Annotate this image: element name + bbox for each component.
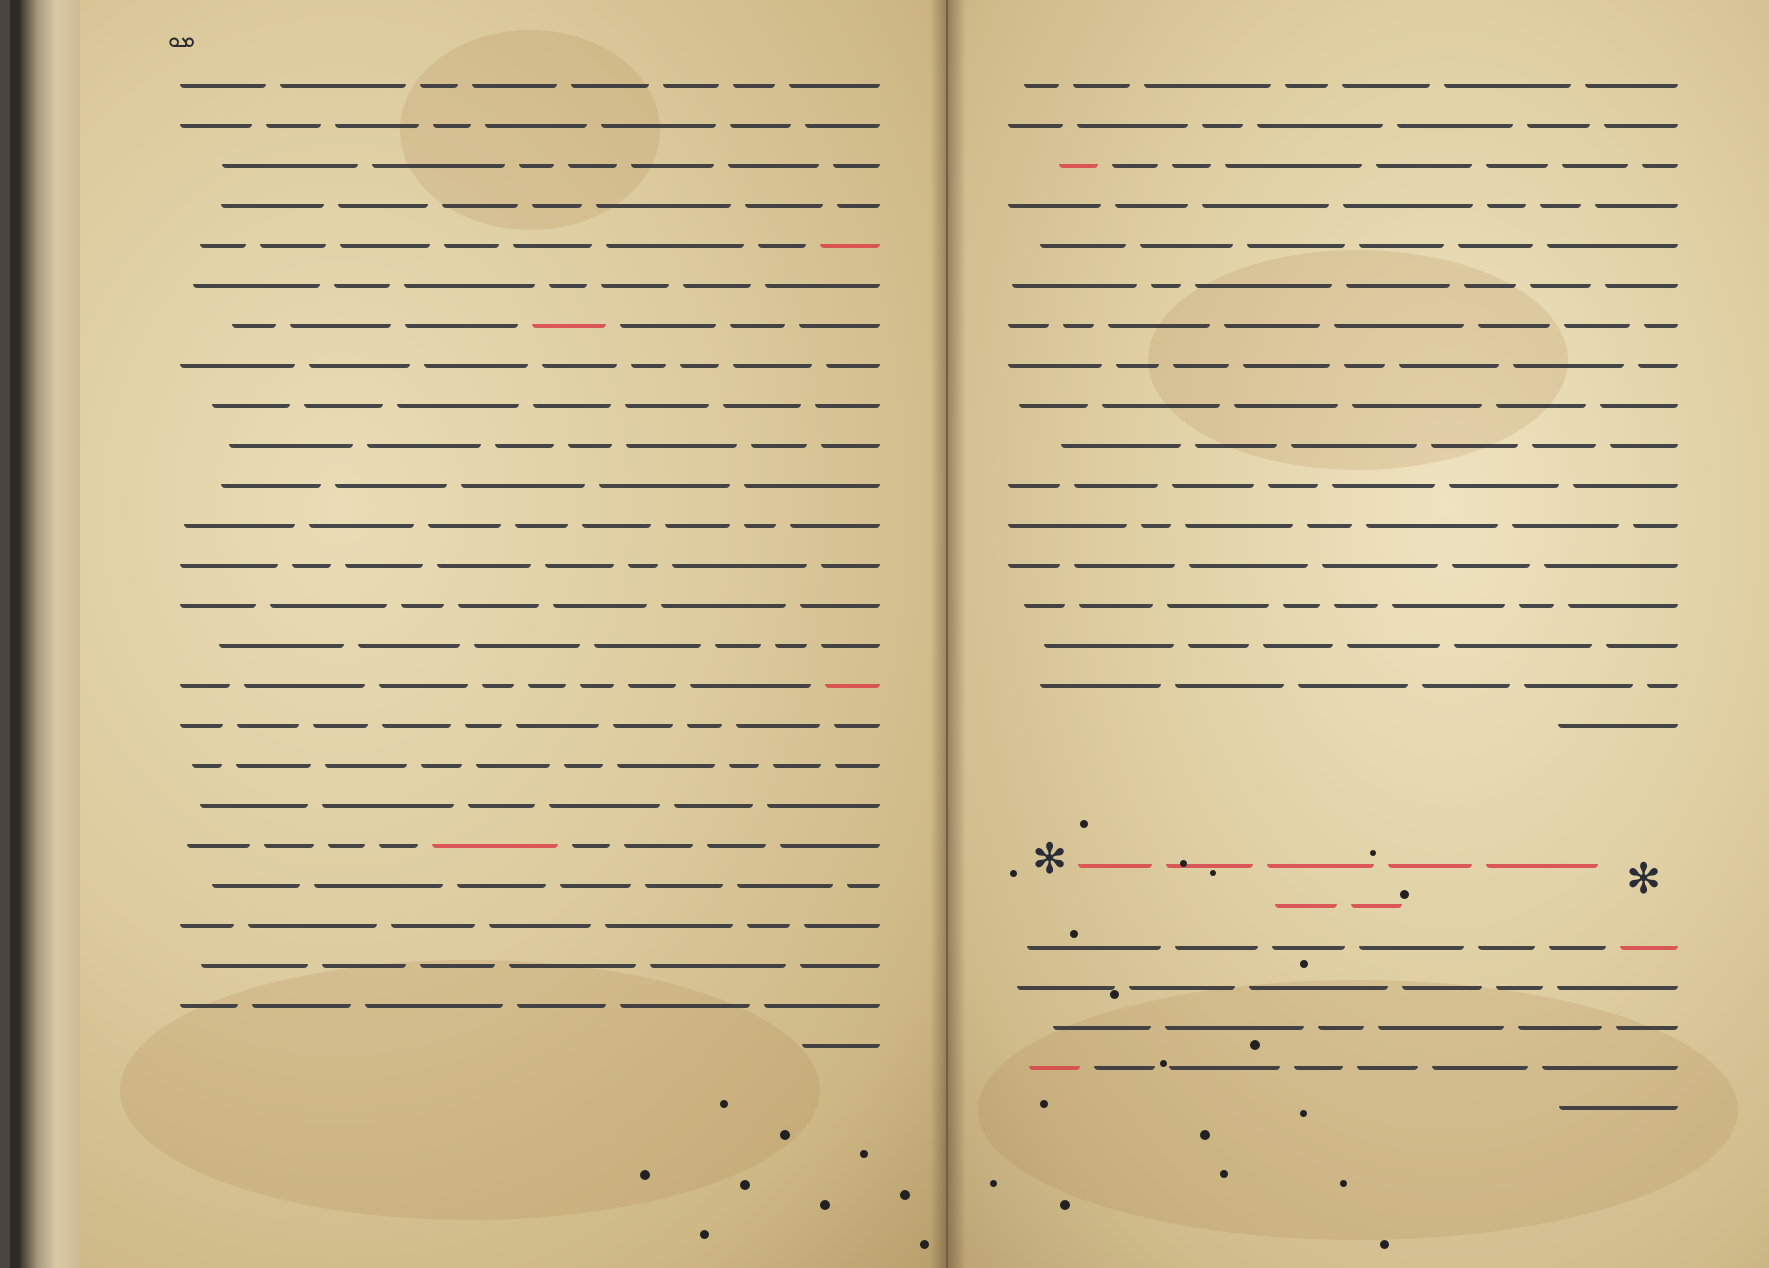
syriac-word — [1547, 228, 1678, 248]
syriac-word — [1185, 508, 1293, 528]
syriac-word — [799, 308, 880, 328]
syriac-word — [715, 628, 761, 648]
text-line — [988, 458, 1678, 498]
syriac-word — [340, 228, 430, 248]
worm-hole — [1370, 850, 1376, 856]
rubric-word — [1351, 888, 1402, 908]
syriac-word — [461, 468, 585, 488]
syriac-word — [751, 428, 807, 448]
syriac-word — [232, 308, 276, 328]
syriac-word — [513, 228, 592, 248]
syriac-word — [650, 948, 786, 968]
text-line — [988, 338, 1678, 378]
syriac-word — [545, 548, 614, 568]
right-text-block-top — [988, 58, 1678, 738]
syriac-word — [313, 708, 368, 728]
syriac-word — [730, 108, 791, 128]
rubric-word — [1166, 848, 1253, 868]
syriac-word — [1024, 68, 1059, 88]
syriac-word — [1322, 548, 1438, 568]
syriac-word — [1344, 348, 1385, 368]
syriac-word — [730, 308, 785, 328]
syriac-word — [219, 628, 344, 648]
syriac-word — [1024, 588, 1065, 608]
syriac-word — [599, 468, 730, 488]
syriac-word — [631, 148, 714, 168]
text-line — [160, 138, 880, 178]
worm-hole — [920, 1240, 929, 1249]
text-line — [160, 658, 880, 698]
syriac-word — [1562, 148, 1628, 168]
syriac-word — [1454, 628, 1592, 648]
syriac-word — [1063, 308, 1094, 328]
syriac-word — [421, 748, 462, 768]
syriac-word — [1524, 668, 1633, 688]
syriac-word — [833, 148, 880, 168]
syriac-word — [391, 908, 475, 928]
syriac-word — [1452, 548, 1530, 568]
syriac-word — [1188, 628, 1249, 648]
text-line — [160, 818, 880, 858]
worm-hole — [1340, 1180, 1347, 1187]
syriac-word — [1094, 1050, 1155, 1070]
syriac-word — [532, 188, 582, 208]
syriac-word — [1044, 628, 1174, 648]
text-line — [988, 258, 1678, 298]
syriac-word — [193, 268, 320, 288]
text-line — [160, 378, 880, 418]
syriac-word — [1540, 188, 1581, 208]
section-heading-rubric — [1078, 838, 1598, 918]
syriac-word — [1115, 188, 1188, 208]
worm-hole — [740, 1180, 750, 1190]
syriac-word — [737, 868, 833, 888]
syriac-word — [1432, 1050, 1528, 1070]
syriac-word — [519, 148, 554, 168]
syriac-word — [322, 788, 454, 808]
syriac-word — [1647, 668, 1678, 688]
syriac-word — [663, 68, 719, 88]
syriac-word — [1542, 1050, 1678, 1070]
syriac-word — [645, 868, 723, 888]
syriac-word — [680, 348, 719, 368]
text-line — [160, 258, 880, 298]
syriac-word — [187, 828, 250, 848]
syriac-word — [560, 868, 631, 888]
text-line — [160, 298, 880, 338]
syriac-word — [489, 908, 591, 928]
text-line — [988, 138, 1678, 178]
syriac-word — [180, 988, 238, 1008]
syriac-word — [582, 508, 651, 528]
syriac-word — [1620, 930, 1678, 950]
worm-hole — [900, 1190, 910, 1200]
syriac-word — [1151, 268, 1181, 288]
rubric-word — [1267, 848, 1374, 868]
syriac-word — [180, 668, 230, 688]
syriac-word — [620, 308, 716, 328]
syriac-word — [820, 228, 880, 248]
text-line — [988, 378, 1678, 418]
syriac-word — [617, 748, 715, 768]
syriac-word — [1606, 628, 1678, 648]
right-page: ✻ ✻ — [948, 0, 1769, 1268]
rubric-word — [1486, 848, 1598, 868]
syriac-word — [424, 348, 528, 368]
syriac-word — [1285, 68, 1328, 88]
syriac-word — [1175, 668, 1284, 688]
syriac-word — [601, 268, 669, 288]
syriac-word — [1129, 970, 1235, 990]
syriac-word — [457, 868, 546, 888]
syriac-word — [1140, 228, 1233, 248]
text-line — [988, 58, 1678, 98]
syriac-word — [236, 748, 311, 768]
syriac-word — [372, 148, 505, 168]
syriac-word — [613, 708, 673, 728]
syriac-word — [1496, 970, 1543, 990]
syriac-word — [1195, 428, 1277, 448]
syriac-word — [1366, 508, 1498, 528]
text-line — [988, 1080, 1678, 1120]
syriac-word — [200, 228, 246, 248]
syriac-word — [180, 588, 256, 608]
syriac-word — [1169, 1050, 1280, 1070]
worm-hole — [1400, 890, 1409, 899]
syriac-word — [690, 668, 811, 688]
syriac-word — [1008, 188, 1101, 208]
syriac-word — [1173, 348, 1229, 368]
worm-hole — [990, 1180, 997, 1187]
syriac-word — [1077, 108, 1188, 128]
syriac-word — [458, 588, 539, 608]
syriac-word — [687, 708, 722, 728]
syriac-word — [221, 188, 324, 208]
syriac-word — [1144, 68, 1271, 88]
syriac-word — [1061, 428, 1181, 448]
syriac-word — [260, 228, 326, 248]
syriac-word — [1487, 188, 1526, 208]
syriac-word — [1392, 588, 1505, 608]
worm-hole — [1380, 1240, 1389, 1249]
syriac-word — [533, 388, 611, 408]
syriac-word — [264, 828, 314, 848]
syriac-word — [744, 468, 880, 488]
syriac-word — [564, 748, 603, 768]
text-line — [988, 618, 1678, 658]
text-line — [160, 978, 880, 1018]
syriac-word — [1519, 588, 1554, 608]
syriac-word — [1334, 308, 1464, 328]
syriac-word — [1141, 508, 1171, 528]
syriac-word — [1573, 468, 1678, 488]
syriac-word — [631, 348, 666, 368]
syriac-word — [834, 708, 880, 728]
syriac-word — [1559, 1090, 1678, 1110]
worm-hole — [1200, 1130, 1210, 1140]
syriac-word — [1298, 668, 1408, 688]
syriac-word — [1074, 548, 1175, 568]
syriac-word — [509, 948, 636, 968]
syriac-word — [1189, 548, 1308, 568]
syriac-word — [1029, 1050, 1080, 1070]
syriac-word — [405, 308, 518, 328]
syriac-word — [1359, 930, 1464, 950]
worm-hole — [720, 1100, 728, 1108]
syriac-word — [624, 828, 693, 848]
syriac-word — [821, 428, 880, 448]
left-page: ܡܘ — [80, 0, 948, 1268]
worm-hole — [820, 1200, 830, 1210]
syriac-word — [1527, 108, 1590, 128]
syriac-word — [280, 68, 406, 88]
worm-hole — [1250, 1040, 1260, 1050]
left-text-block — [160, 58, 880, 1058]
syriac-word — [180, 348, 295, 368]
rubric-line — [1078, 838, 1598, 878]
syriac-word — [1017, 970, 1115, 990]
worm-hole — [640, 1170, 650, 1180]
syriac-word — [1343, 188, 1473, 208]
syriac-word — [1638, 348, 1678, 368]
rubric-word — [1078, 848, 1152, 868]
worm-hole — [1210, 870, 1216, 876]
worm-hole — [700, 1230, 709, 1239]
syriac-word — [1564, 308, 1630, 328]
syriac-word — [790, 508, 880, 528]
syriac-word — [802, 1028, 880, 1048]
syriac-word — [1012, 268, 1137, 288]
syriac-word — [800, 948, 880, 968]
syriac-word — [1449, 468, 1559, 488]
syriac-word — [821, 548, 880, 568]
text-line — [160, 98, 880, 138]
syriac-word — [180, 68, 266, 88]
text-line — [160, 338, 880, 378]
syriac-word — [322, 948, 406, 968]
syriac-word — [1600, 388, 1678, 408]
syriac-word — [1357, 1050, 1418, 1070]
text-line — [160, 698, 880, 738]
text-line — [160, 538, 880, 578]
syriac-word — [1478, 930, 1535, 950]
syriac-word — [420, 68, 458, 88]
syriac-word — [1268, 468, 1318, 488]
syriac-word — [1074, 468, 1158, 488]
text-line — [160, 938, 880, 978]
text-line — [988, 498, 1678, 538]
syriac-word — [580, 668, 614, 688]
syriac-word — [516, 708, 599, 728]
syriac-word — [837, 188, 880, 208]
syriac-word — [821, 628, 880, 648]
syriac-word — [1008, 308, 1049, 328]
syriac-word — [290, 308, 391, 328]
syriac-word — [1202, 108, 1243, 128]
syriac-word — [1334, 588, 1378, 608]
syriac-word — [661, 588, 786, 608]
syriac-word — [1195, 268, 1332, 288]
text-line — [160, 618, 880, 658]
text-line — [988, 920, 1678, 960]
text-line — [160, 738, 880, 778]
syriac-word — [432, 828, 558, 848]
syriac-word — [1263, 628, 1333, 648]
syriac-word — [1422, 668, 1510, 688]
syriac-word — [266, 108, 321, 128]
syriac-word — [397, 388, 519, 408]
syriac-word — [309, 508, 414, 528]
syriac-word — [515, 508, 568, 528]
syriac-word — [1513, 348, 1624, 368]
text-line — [160, 458, 880, 498]
syriac-word — [270, 588, 387, 608]
syriac-word — [482, 668, 514, 688]
syriac-word — [789, 68, 880, 88]
text-line — [988, 538, 1678, 578]
syriac-word — [780, 828, 880, 848]
syriac-word — [1172, 148, 1211, 168]
syriac-word — [767, 788, 880, 808]
syriac-word — [1610, 428, 1678, 448]
syriac-word — [1518, 1010, 1602, 1030]
syriac-word — [606, 228, 744, 248]
syriac-word — [665, 508, 730, 528]
syriac-word — [401, 588, 444, 608]
syriac-word — [1332, 468, 1435, 488]
syriac-word — [745, 188, 823, 208]
syriac-word — [1272, 930, 1345, 950]
syriac-word — [1102, 388, 1220, 408]
syriac-word — [549, 268, 587, 288]
syriac-word — [1040, 228, 1126, 248]
syriac-word — [542, 348, 617, 368]
syriac-word — [292, 548, 331, 568]
syriac-word — [1108, 308, 1210, 328]
syriac-word — [765, 268, 880, 288]
text-line — [988, 1000, 1678, 1040]
syriac-word — [728, 148, 819, 168]
syriac-word — [437, 548, 531, 568]
syriac-word — [335, 108, 419, 128]
syriac-word — [468, 788, 535, 808]
syriac-word — [1059, 148, 1098, 168]
text-line — [160, 218, 880, 258]
syriac-word — [1549, 930, 1606, 950]
text-line — [160, 418, 880, 458]
syriac-word — [1257, 108, 1383, 128]
syriac-word — [1008, 508, 1127, 528]
syriac-word — [571, 68, 649, 88]
syriac-word — [1116, 348, 1159, 368]
text-line — [160, 898, 880, 938]
syriac-word — [309, 348, 410, 368]
syriac-word — [1604, 108, 1678, 128]
syriac-word — [184, 508, 295, 528]
syriac-word — [180, 548, 278, 568]
worm-hole — [1300, 1110, 1307, 1117]
syriac-word — [1165, 1010, 1304, 1030]
ornament-asterisk-icon: ✻ — [1032, 838, 1067, 880]
text-line — [988, 98, 1678, 138]
syriac-word — [1558, 708, 1678, 728]
syriac-word — [1496, 388, 1586, 408]
syriac-word — [729, 748, 759, 768]
syriac-word — [244, 668, 365, 688]
syriac-word — [180, 908, 234, 928]
syriac-word — [474, 628, 580, 648]
syriac-word — [804, 908, 880, 928]
syriac-word — [1458, 228, 1533, 248]
syriac-word — [1249, 970, 1388, 990]
syriac-word — [485, 108, 587, 128]
text-line — [988, 578, 1678, 618]
syriac-word — [404, 268, 535, 288]
text-line — [160, 578, 880, 618]
text-line — [988, 658, 1678, 698]
syriac-word — [1444, 68, 1571, 88]
syriac-word — [733, 348, 812, 368]
syriac-word — [1342, 68, 1430, 88]
syriac-word — [847, 868, 880, 888]
syriac-word — [1040, 668, 1161, 688]
syriac-word — [1079, 588, 1153, 608]
syriac-word — [1616, 1010, 1678, 1030]
syriac-word — [736, 708, 820, 728]
syriac-word — [672, 548, 807, 568]
syriac-word — [1512, 508, 1619, 528]
syriac-word — [1073, 68, 1130, 88]
syriac-word — [674, 788, 753, 808]
syriac-word — [775, 628, 807, 648]
syriac-word — [1175, 930, 1258, 950]
syriac-word — [180, 108, 252, 128]
syriac-word — [1294, 1050, 1343, 1070]
syriac-word — [628, 668, 676, 688]
syriac-word — [334, 268, 390, 288]
syriac-word — [800, 588, 880, 608]
syriac-word — [605, 908, 733, 928]
syriac-word — [1318, 1010, 1364, 1030]
syriac-word — [1019, 388, 1088, 408]
syriac-word — [723, 388, 801, 408]
manuscript-book: ܡܘ ✻ ✻ — [10, 0, 1769, 1268]
worm-hole — [1010, 870, 1017, 877]
text-line — [160, 1018, 880, 1058]
text-line — [988, 418, 1678, 458]
syriac-word — [237, 708, 299, 728]
worm-hole — [1300, 960, 1308, 968]
syriac-word — [1291, 428, 1417, 448]
syriac-word — [568, 148, 617, 168]
syriac-word — [252, 988, 351, 1008]
syriac-word — [1224, 308, 1320, 328]
syriac-word — [314, 868, 443, 888]
syriac-word — [476, 748, 550, 768]
rubric-word — [1275, 888, 1337, 908]
syriac-word — [1399, 348, 1499, 368]
syriac-word — [733, 68, 775, 88]
syriac-word — [495, 428, 554, 448]
syriac-word — [532, 308, 606, 328]
syriac-word — [1347, 628, 1440, 648]
text-line — [988, 698, 1678, 738]
syriac-word — [1378, 1010, 1504, 1030]
syriac-word — [1008, 548, 1060, 568]
syriac-word — [222, 148, 358, 168]
syriac-word — [1283, 588, 1320, 608]
syriac-word — [1225, 148, 1362, 168]
